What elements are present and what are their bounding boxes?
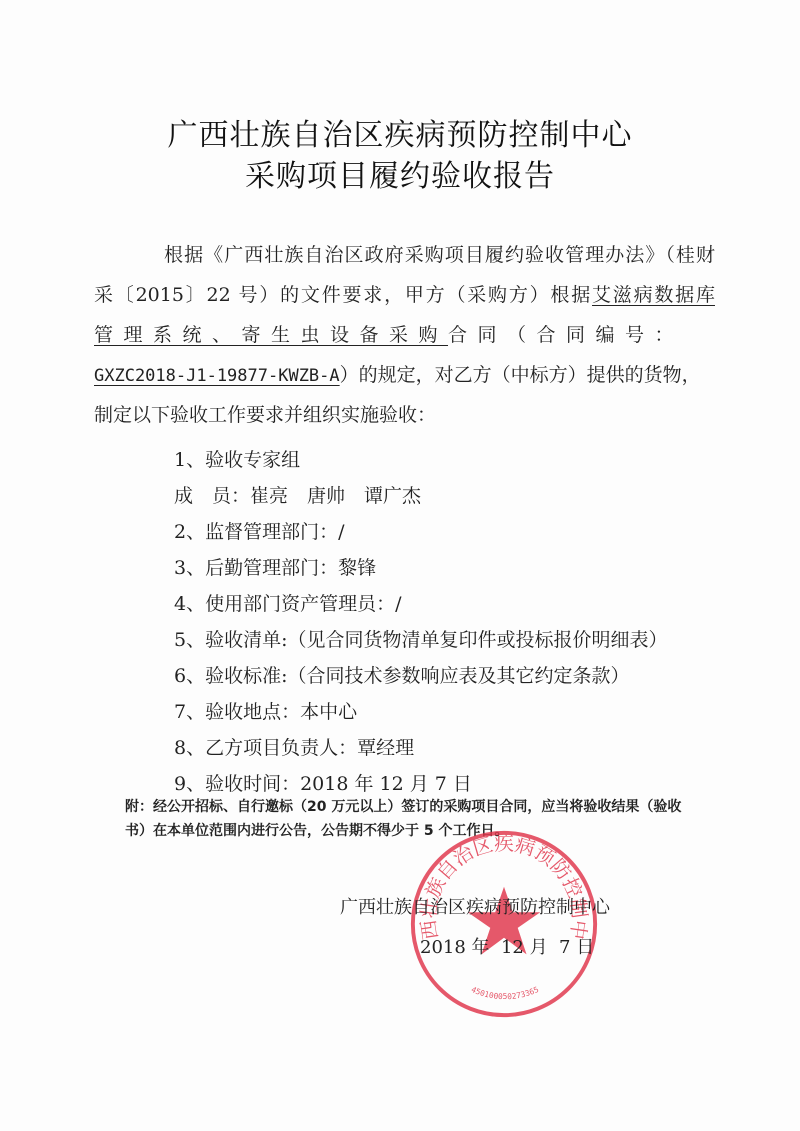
list-item-supervision-dept: 2、监督管理部门：/ — [174, 520, 345, 544]
body-line-2: 采〔2015〕22 号）的文件要求，甲方（采购方）根据艾滋病数据库 — [94, 283, 715, 307]
project-name-part2: 管理系统、寄生虫设备采购 — [94, 324, 448, 346]
list-item-vendor-contact: 8、乙方项目负责人：覃经理 — [174, 736, 414, 760]
body-line-3: 管理系统、寄生虫设备采购合同（合同编号： — [94, 323, 715, 347]
document-title-organization: 广西壮族自治区疾病预防控制中心 — [0, 110, 800, 154]
body-text: 合同（合同编号： — [448, 324, 684, 346]
document-title-report: 采购项目履约验收报告 — [0, 151, 800, 195]
document-page: 广西壮族自治区疾病预防控制中心 采购项目履约验收报告 根据《广西壮族自治区政府采… — [0, 0, 800, 1131]
official-seal-icon: 广西壮族自治区疾病预防控制中心 450100050273365 — [406, 826, 602, 1022]
list-item-acceptance-date: 9、验收时间：2018 年 12 月 7 日 — [174, 772, 472, 796]
list-item-expert-group: 1、验收专家组 — [174, 448, 300, 472]
list-item-location: 7、验收地点：本中心 — [174, 700, 357, 724]
project-name-part1: 艾滋病数据库 — [592, 284, 715, 306]
body-text: 采〔2015〕22 号）的文件要求，甲方（采购方）根据 — [94, 284, 592, 306]
list-item-acceptance-standard: 6、验收标准:（合同技术参数响应表及其它约定条款） — [174, 664, 630, 688]
list-item-asset-manager: 4、使用部门资产管理员：/ — [174, 592, 402, 616]
body-line-1: 根据《广西壮族自治区政府采购项目履约验收管理办法》（桂财 — [125, 243, 715, 267]
body-text: 制定以下验收工作要求并组织实施验收： — [94, 404, 436, 426]
body-line-5: 制定以下验收工作要求并组织实施验收： — [94, 403, 684, 427]
note-line-1: 附：经公开招标、自行邀标（20 万元以上）签订的采购项目合同，应当将验收结果（验… — [125, 795, 705, 819]
body-line-4: GXZC2018-J1-19877-KWZB-A）的规定，对乙方（中标方）提供的… — [94, 363, 715, 388]
list-item-members: 成 员：崔亮 唐帅 谭广杰 — [174, 484, 421, 508]
signature-organization: 广西壮族自治区疾病预防控制中心 — [340, 893, 610, 919]
contract-number: GXZC2018-J1-19877-KWZB-A — [94, 366, 340, 386]
body-text: ）的规定，对乙方（中标方）提供的货物， — [340, 364, 701, 386]
list-item-acceptance-list: 5、验收清单:（见合同货物清单复印件或投标报价明细表） — [174, 628, 668, 652]
body-text: 根据《广西壮族自治区政府采购项目履约验收管理办法》（桂财 — [163, 244, 715, 266]
list-item-logistics-dept: 3、后勤管理部门：黎锋 — [174, 556, 376, 580]
signature-date: 2018 年 12 月 7 日 — [420, 933, 594, 959]
svg-text:450100050273365: 450100050273365 — [470, 985, 540, 1001]
